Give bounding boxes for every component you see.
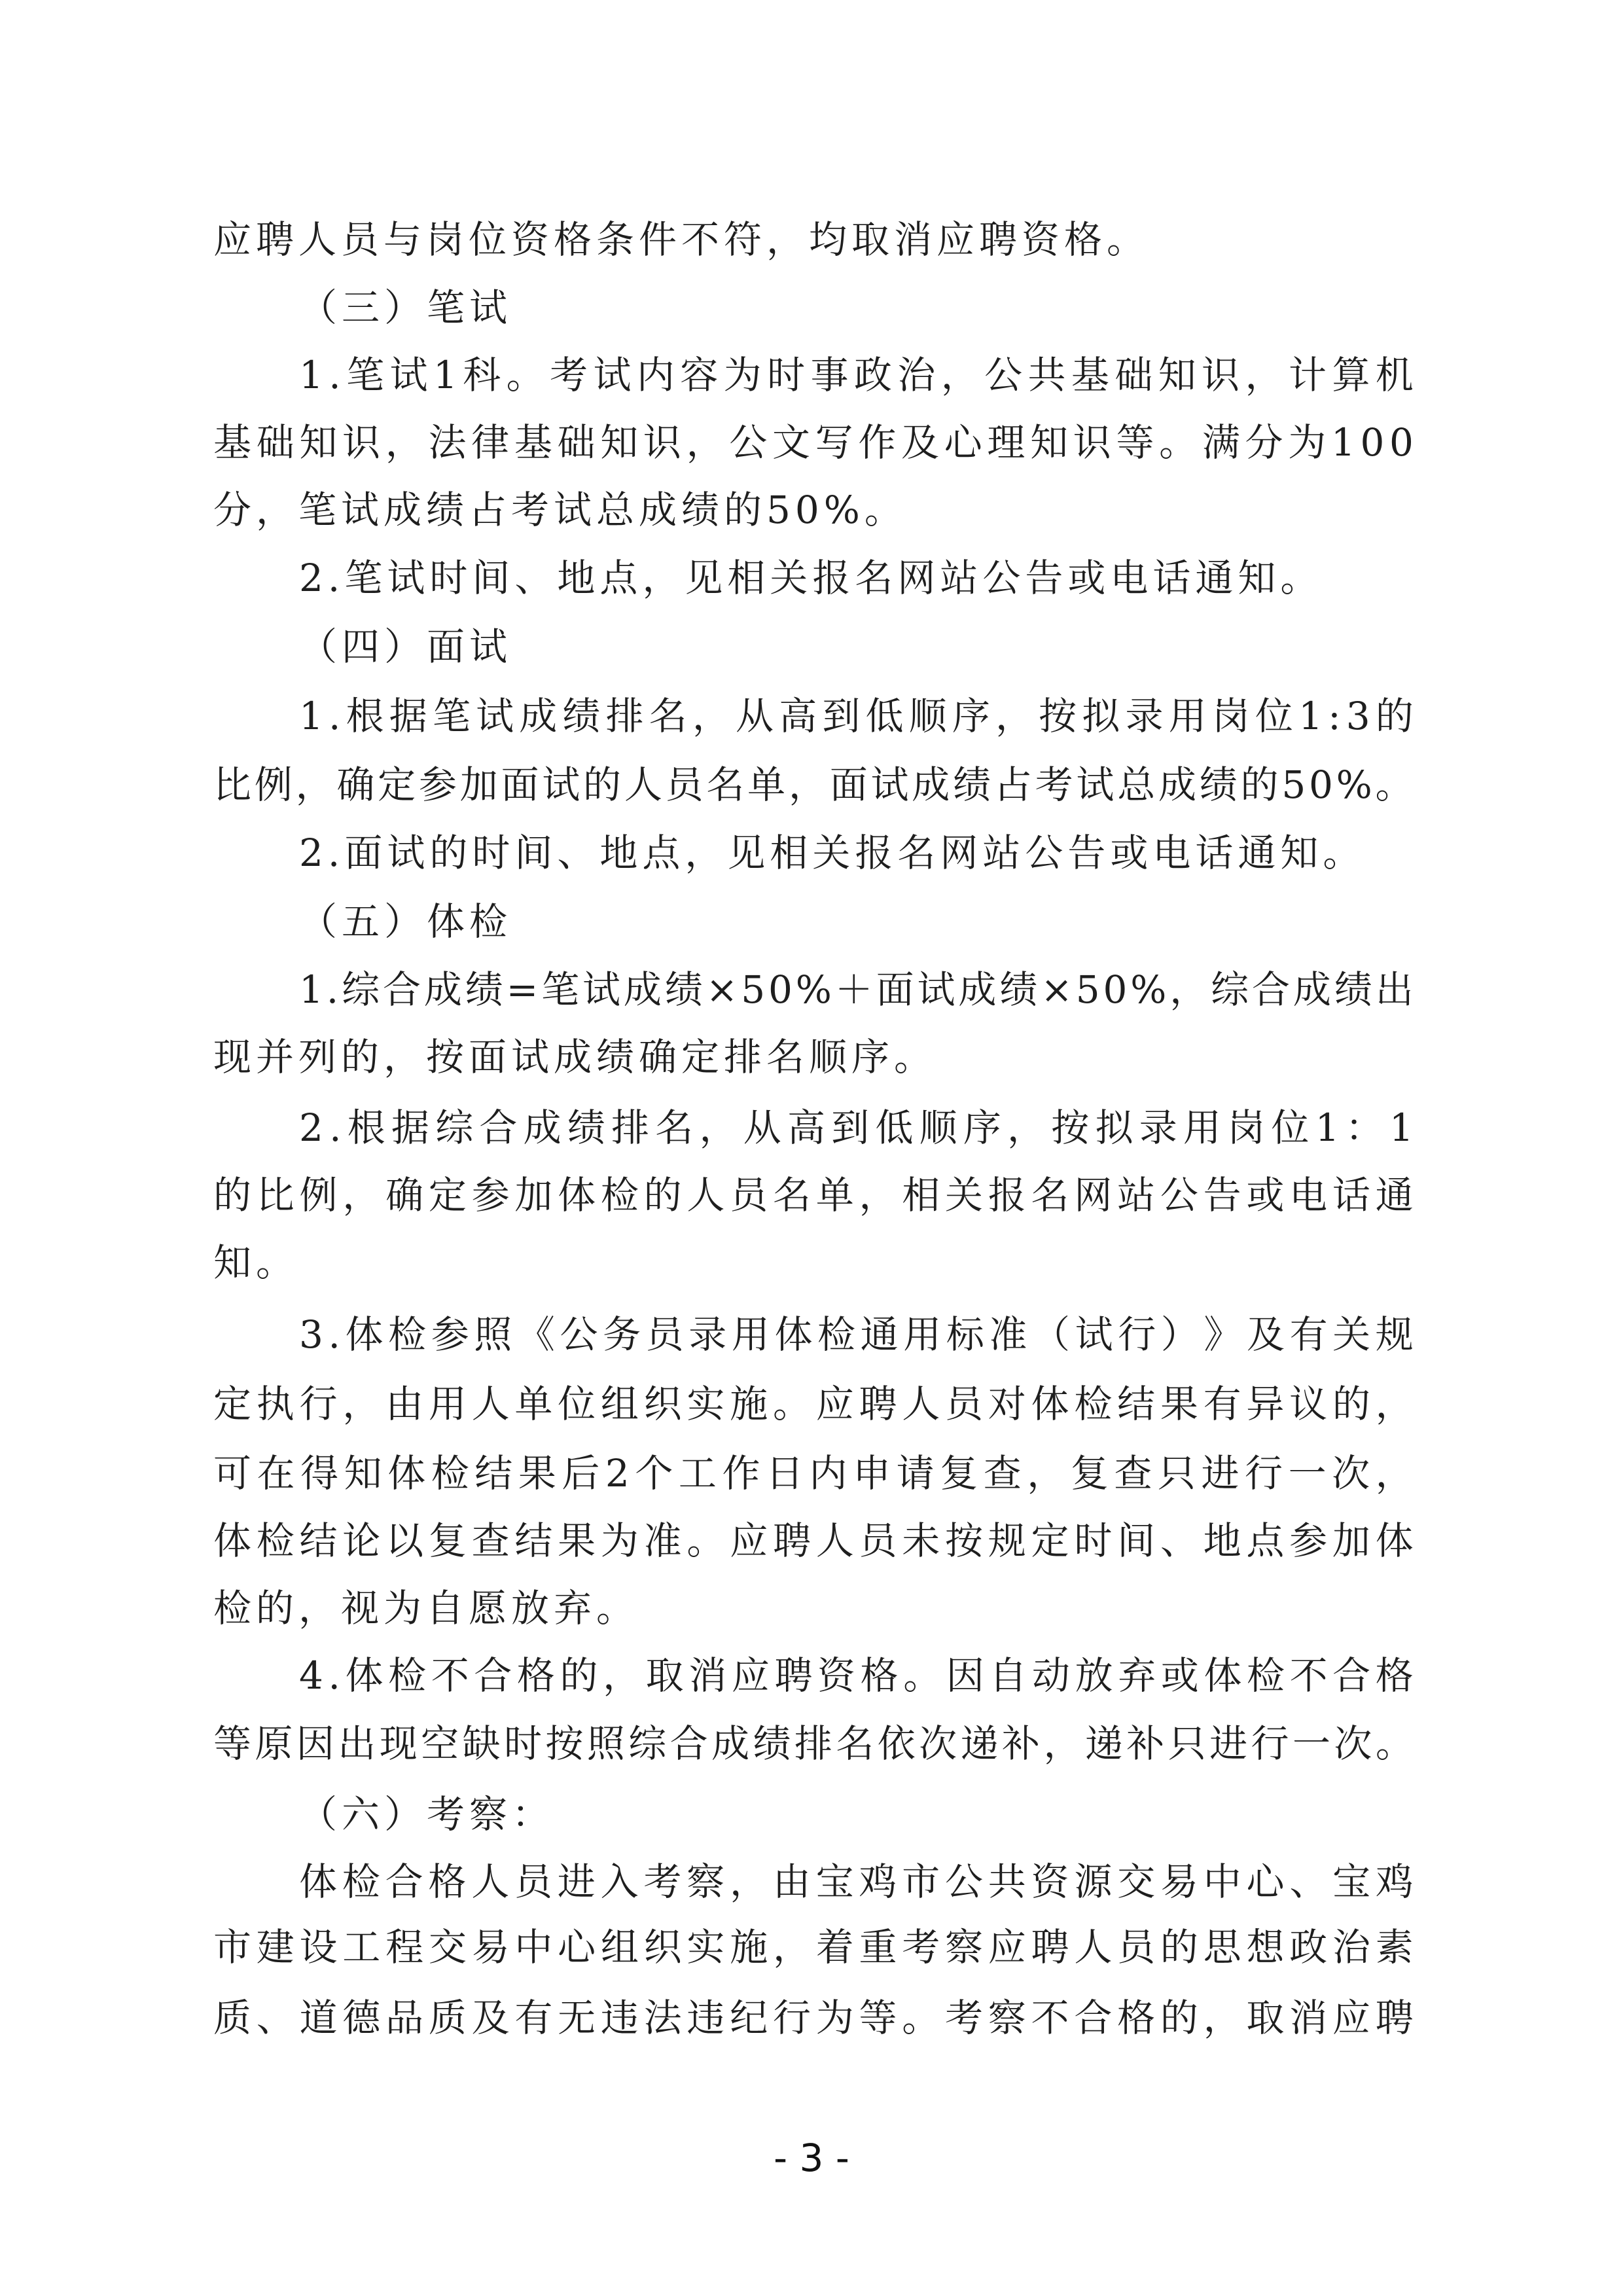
paragraph-line: 3.体检参照《公务员录用体检通用标准（试行）》及有关规 [299,1310,1414,1359]
paragraph-line: 4.体检不合格的，取消应聘资格。因自动放弃或体检不合格 [299,1651,1414,1700]
paragraph-line: 应聘人员与岗位资格条件不符，均取消应聘资格。 [213,215,1414,264]
paragraph-line: 体检结论以复查结果为准。应聘人员未按规定时间、地点参加体 [213,1516,1414,1566]
paragraph-line: 质、道德品质及有无违法违纪行为等。考察不合格的，取消应聘 [213,1993,1414,2043]
paragraph-line: 知。 [213,1238,1414,1287]
paragraph-line: 分，笔试成绩占考试总成绩的50%。 [213,485,1414,535]
document-page: 应聘人员与岗位资格条件不符，均取消应聘资格。（三）笔试1.笔试1科。考试内容为时… [0,0,1623,2296]
paragraph-line: 定执行，由用人单位组织实施。应聘人员对体检结果有异议的， [213,1379,1414,1429]
section-heading: （六）考察： [299,1789,1414,1839]
paragraph-line: 的比例，确定参加体检的人员名单，相关报名网站公告或电话通 [213,1170,1414,1220]
paragraph-line: 1.根据笔试成绩排名，从高到低顺序，按拟录用岗位1:3的 [299,691,1414,741]
section-heading: （三）笔试 [299,283,1414,332]
section-heading: （四）面试 [299,622,1414,672]
paragraph-line: 现并列的，按面试成绩确定排名顺序。 [213,1032,1414,1082]
section-heading: （五）体检 [299,897,1414,946]
paragraph-line: 比例，确定参加面试的人员名单，面试成绩占考试总成绩的50%。 [213,760,1414,810]
paragraph-line: 1.笔试1科。考试内容为时事政治，公共基础知识，计算机 [299,350,1414,400]
page-number: - 3 - [746,2135,877,2181]
paragraph-line: 1.综合成绩=笔试成绩×50%＋面试成绩×50%，综合成绩出 [299,965,1414,1014]
paragraph-line: 市建设工程交易中心组织实施，着重考察应聘人员的思想政治素 [213,1922,1414,1972]
paragraph-line: 检的，视为自愿放弃。 [213,1583,1414,1633]
paragraph-line: 等原因出现空缺时按照综合成绩排名依次递补，递补只进行一次。 [213,1719,1414,1768]
paragraph-line: 2.面试的时间、地点，见相关报名网站公告或电话通知。 [299,828,1414,878]
paragraph-line: 基础知识，法律基础知识，公文写作及心理知识等。满分为100 [213,418,1414,467]
paragraph-line: 可在得知体检结果后2个工作日内申请复查，复查只进行一次， [213,1448,1414,1498]
paragraph-line: 2.根据综合成绩排名，从高到低顺序，按拟录用岗位1：1 [299,1103,1414,1153]
paragraph-line: 体检合格人员进入考察，由宝鸡市公共资源交易中心、宝鸡 [299,1857,1414,1907]
paragraph-line: 2.笔试时间、地点，见相关报名网站公告或电话通知。 [299,553,1414,603]
